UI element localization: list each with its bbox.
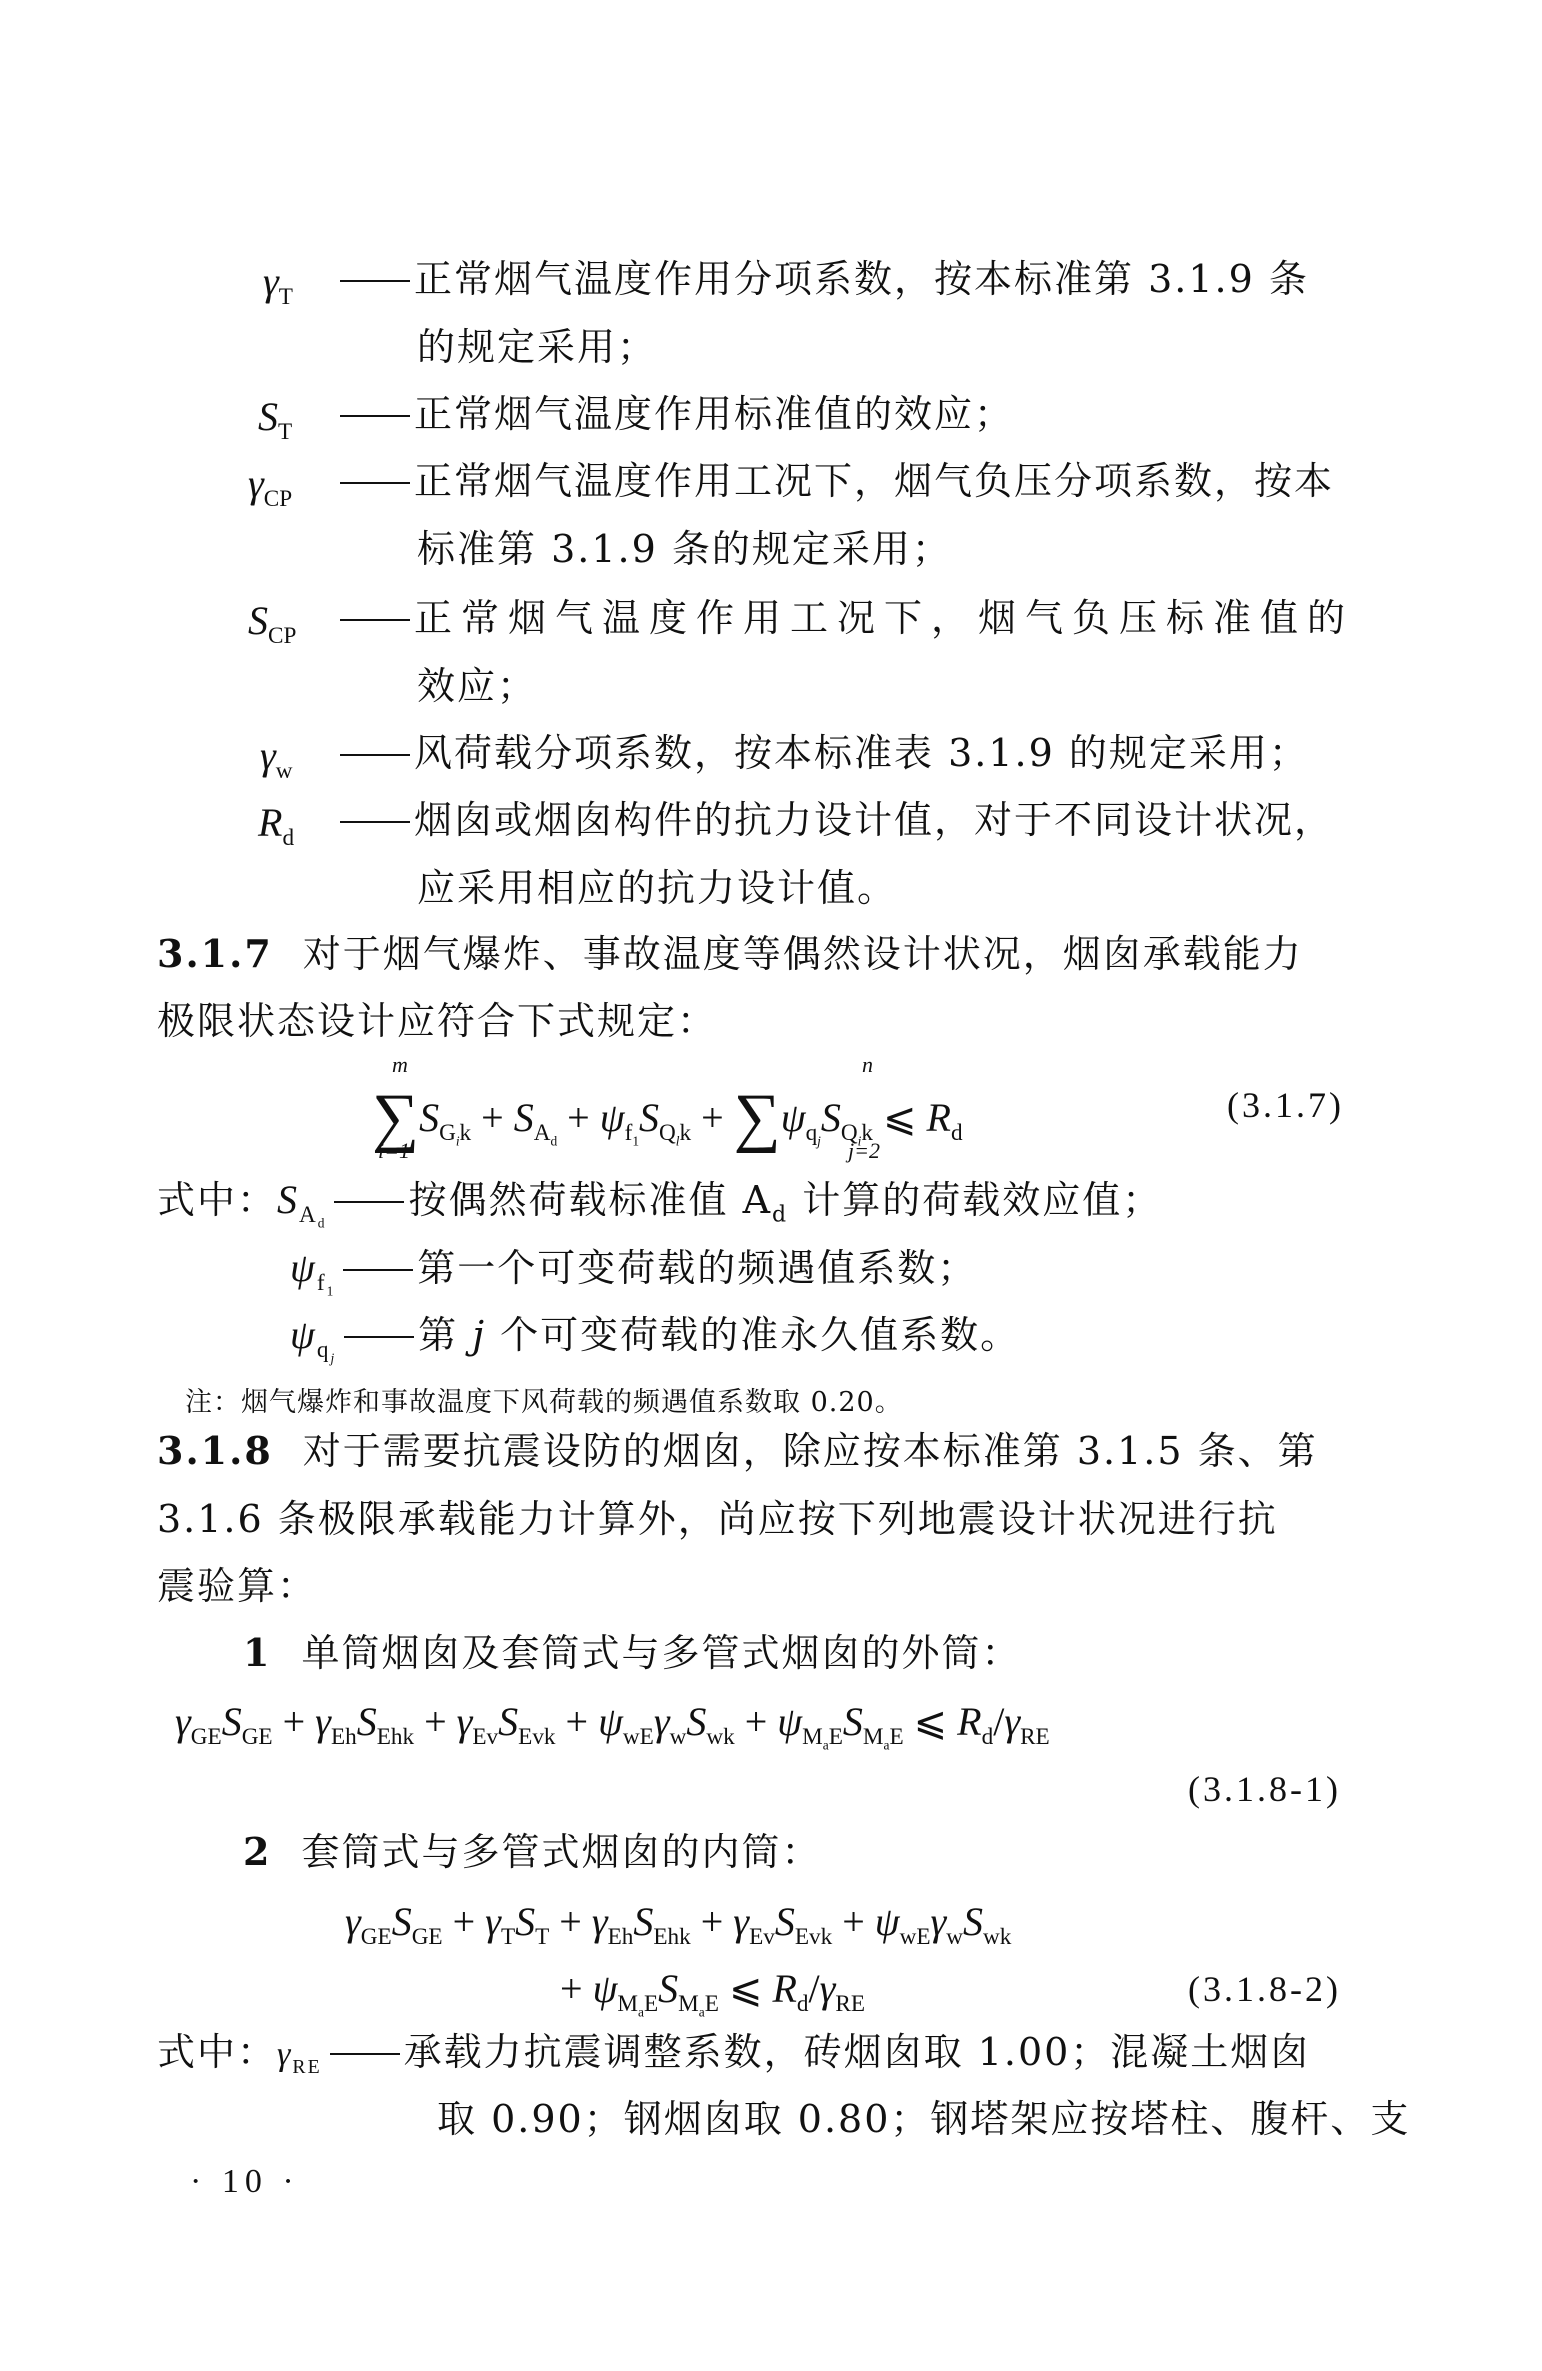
bullet-dot: · xyxy=(190,2163,207,2200)
equation-3-1-8-2-line1: γGESGE + γTST + γEhSEhk + γEvSEvk + ψwEγ… xyxy=(345,1898,1011,1945)
equation-label: (3.1.8-2) xyxy=(1188,1968,1341,2010)
definition-text: 正常烟气温度作用工况下，烟气负压分项系数，按本 xyxy=(414,459,1334,503)
clause-text: 对于烟气爆炸、事故温度等偶然设计状况，烟囱承载能力 xyxy=(303,932,1303,976)
definition-text-cont: 效应； xyxy=(417,667,537,705)
symbol-gamma-t: γT xyxy=(263,259,293,304)
clause-text-cont: 3.1.6 条极限承载能力计算外，尚应按下列地震设计状况进行抗 xyxy=(157,1500,1278,1538)
note: 注：烟气爆炸和事故温度下风荷载的频遇值系数取 0.20。 xyxy=(185,1380,903,1419)
symbol-psi-qj: ψqj xyxy=(290,1312,336,1357)
symbol-gamma-re: γRE xyxy=(277,2036,322,2073)
equation-label: (3.1.7) xyxy=(1227,1084,1344,1126)
em-dash xyxy=(340,821,410,823)
symbol-s-t: ST xyxy=(258,394,292,439)
equation-body: ∑SGik + SAd + ψf1SQlk + ∑ψqjSQik ⩽ Rd xyxy=(372,1072,963,1148)
em-dash xyxy=(340,754,410,756)
symbol-gamma-cp: γCP xyxy=(248,461,292,506)
definition-text: 正常烟气温度作用分项系数，按本标准第 3.1.9 条 xyxy=(414,257,1309,301)
where-label: 式中： xyxy=(157,2030,277,2074)
definition-text: 第一个可变荷载的频遇值系数； xyxy=(417,1246,977,1290)
equation-label: (3.1.8-1) xyxy=(1188,1768,1341,1810)
symbol-s-ad: SAd xyxy=(277,1177,326,1222)
symbol-gamma-w: γw xyxy=(260,733,293,778)
em-dash xyxy=(343,1269,413,1271)
definition-text: 按偶然荷载标准值 Ad 计算的荷载效应值； xyxy=(408,1178,1162,1222)
em-dash xyxy=(340,619,410,621)
definition-text-cont: 标准第 3.1.9 条的规定采用； xyxy=(417,530,952,568)
em-dash xyxy=(344,1336,414,1338)
clause-number: 3.1.8 xyxy=(157,1428,273,1473)
symbol-s-cp: SCP xyxy=(248,598,296,643)
item-number: 1 xyxy=(243,1630,271,1675)
item-text: 单筒烟囱及套筒式与多管式烟囱的外筒： xyxy=(301,1631,1021,1675)
em-dash xyxy=(330,2053,400,2055)
equation-3-1-8-2-line2: + ψMaESMaE ⩽ Rd/γRE xyxy=(560,1965,865,2013)
em-dash xyxy=(334,1201,404,1203)
definition-text-cont: 应采用相应的抗力设计值。 xyxy=(417,869,897,907)
definition-text: 承载力抗震调整系数，砖烟囱取 1.00；混凝土烟囱 xyxy=(404,2030,1311,2074)
em-dash xyxy=(340,280,410,282)
definition-text: 烟囱或烟囱构件的抗力设计值，对于不同设计状况， xyxy=(414,798,1334,842)
definition-text-cont: 取 0.90；钢烟囱取 0.80；钢塔架应按塔柱、腹杆、支 xyxy=(437,2100,1410,2138)
item-text: 套筒式与多管式烟囱的内筒： xyxy=(301,1830,821,1874)
definition-text-cont: 的规定采用； xyxy=(417,328,657,366)
bullet-dot: · xyxy=(282,2163,299,2200)
definition-text: 第 j 个可变荷载的准永久值系数。 xyxy=(418,1313,1020,1357)
symbol-psi-f1: ψf1 xyxy=(290,1245,335,1290)
clause-text-cont: 震验算： xyxy=(157,1567,317,1605)
em-dash xyxy=(340,415,410,417)
em-dash xyxy=(340,482,410,484)
page-number: · 10 · xyxy=(190,2163,300,2201)
clause-text: 对于需要抗震设防的烟囱，除应按本标准第 3.1.5 条、第 xyxy=(303,1429,1318,1473)
item-number: 2 xyxy=(243,1829,271,1874)
definition-text: 正常烟气温度作用工况下，烟气负压标准值的 xyxy=(414,596,1354,640)
symbol-r-d: Rd xyxy=(258,800,294,845)
where-label: 式中： xyxy=(157,1178,277,1222)
clause-text-cont: 极限状态设计应符合下式规定： xyxy=(157,1002,717,1040)
clause-number: 3.1.7 xyxy=(157,931,273,976)
definition-text: 风荷载分项系数，按本标准表 3.1.9 的规定采用； xyxy=(414,731,1309,775)
definition-text: 正常烟气温度作用标准值的效应； xyxy=(414,392,1014,436)
equation-3-1-8-1: γGESGE + γEhSEhk + γEvSEvk + ψwEγwSwk + … xyxy=(175,1698,1050,1746)
